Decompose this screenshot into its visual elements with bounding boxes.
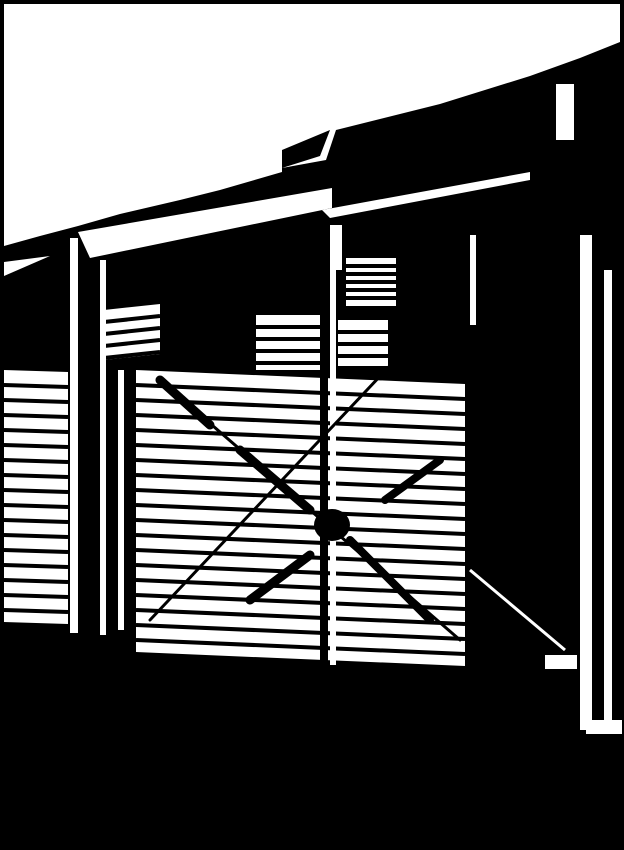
louvers	[346, 258, 396, 306]
center-latch	[314, 509, 350, 541]
left-siding	[4, 370, 68, 624]
strut-foot	[545, 655, 577, 669]
center-post	[320, 325, 328, 665]
building-gate-artwork	[0, 0, 624, 850]
upper-post	[556, 84, 574, 140]
post-base	[586, 720, 622, 734]
